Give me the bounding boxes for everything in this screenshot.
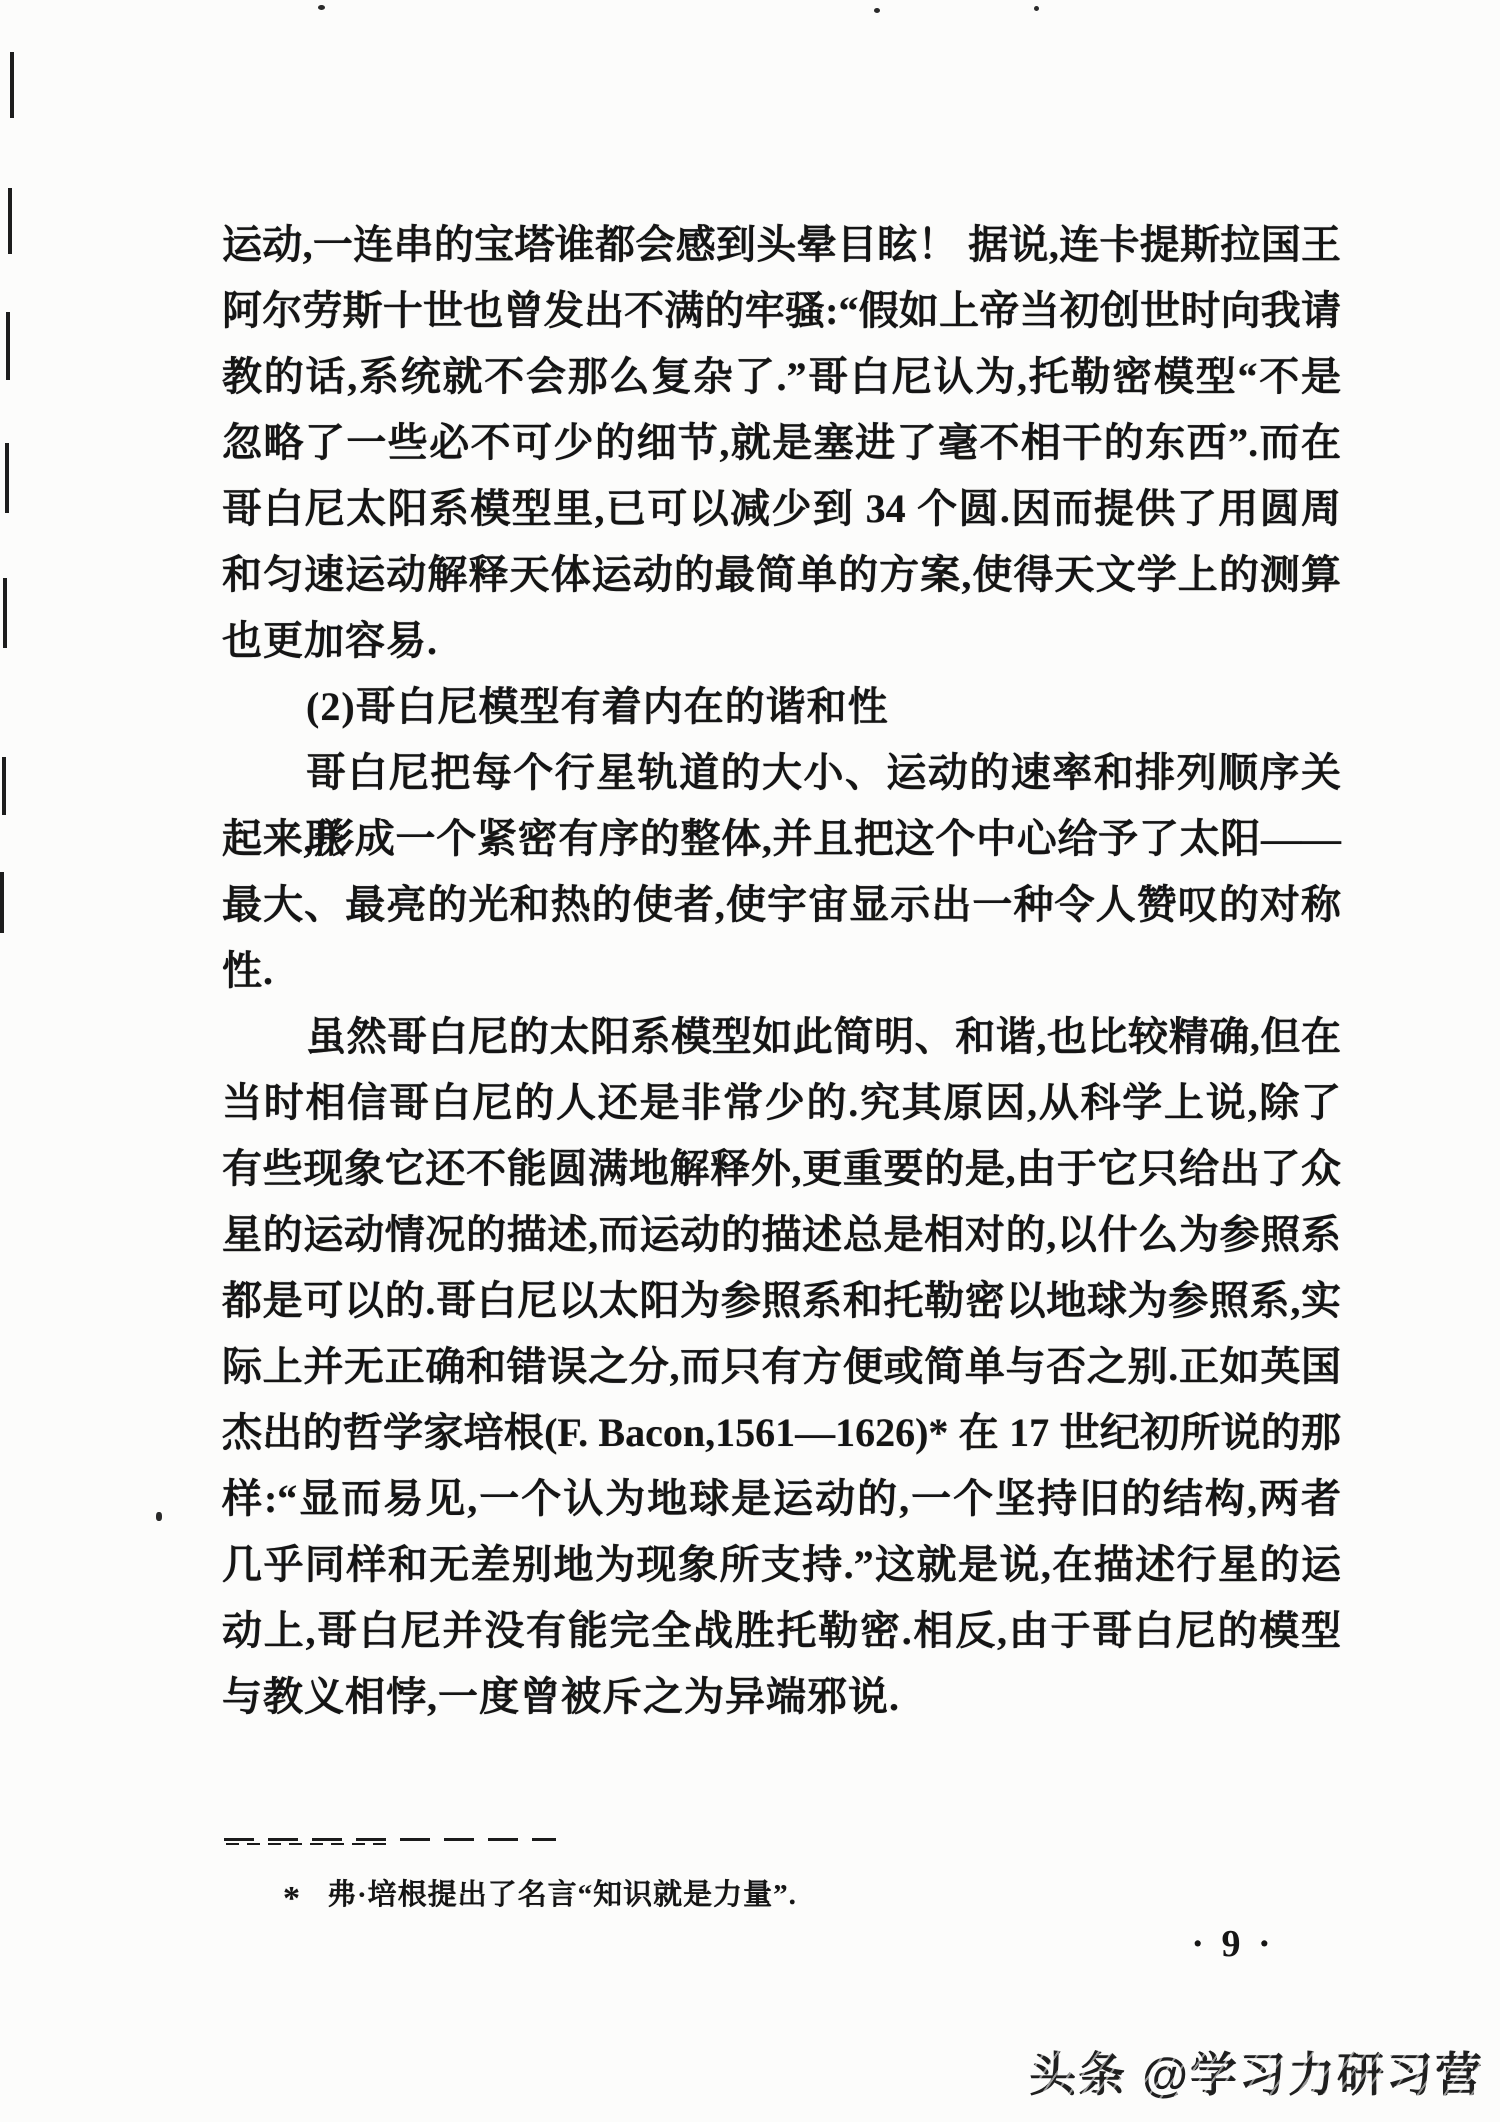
text-line: 和匀速运动解释天体运动的最简单的方案,使得天文学上的测算 [222, 542, 1341, 608]
text-line: 阿尔劳斯十世也曾发出不满的牢骚:“假如上帝当初创世时向我请 [222, 278, 1341, 344]
page-number: · 9 · [1158, 1922, 1308, 1966]
text-line: 动上,哥白尼并没有能完全战胜托勒密.相反,由于哥白尼的模型 [222, 1598, 1341, 1664]
footnote: *弗·培根提出了名言“知识就是力量”. [283, 1872, 797, 1913]
text-line: 忽略了一些必不可少的细节,就是塞进了毫不相干的东西”.而在 [222, 410, 1341, 476]
footnote-divider [224, 1838, 556, 1841]
text-line: 也更加容易. [222, 608, 1341, 674]
body-text: 运动,一连串的宝塔谁都会感到头晕目眩！ 据说,连卡提斯拉国王阿尔劳斯十世也曾发出… [222, 212, 1341, 1730]
footnote-text: 弗·培根提出了名言“知识就是力量”. [327, 1879, 797, 1911]
text-line: 最大、最亮的光和热的使者,使宇宙显示出一种令人赞叹的对称 [222, 872, 1341, 938]
scan-tick-mark [8, 188, 12, 254]
scan-tick-mark [6, 312, 10, 380]
watermark: 头条 @学习力研习营 [1029, 2038, 1484, 2105]
text-line: 教的话,系统就不会那么复杂了.”哥白尼认为,托勒密模型“不是 [222, 344, 1341, 410]
text-line: 哥白尼把每个行星轨道的大小、运动的速率和排列顺序关联 [222, 740, 1341, 806]
text-line: 哥白尼太阳系模型里,已可以减少到 34 个圆.因而提供了用圆周 [222, 476, 1341, 542]
scan-speck [318, 5, 325, 10]
text-line: 际上并无正确和错误之分,而只有方便或简单与否之别.正如英国 [222, 1334, 1341, 1400]
text-line: 杰出的哲学家培根(F. Bacon,1561—1626)* 在 17 世纪初所说… [222, 1400, 1341, 1466]
scan-tick-mark [0, 872, 4, 933]
scan-speck [1034, 6, 1039, 11]
scan-tick-mark [3, 578, 7, 648]
text-line: 虽然哥白尼的太阳系模型如此简明、和谐,也比较精确,但在 [222, 1004, 1341, 1070]
text-line: 样:“显而易见,一个认为地球是运动的,一个坚持旧的结构,两者 [222, 1466, 1341, 1532]
text-line: 都是可以的.哥白尼以太阳为参照系和托勒密以地球为参照系,实 [222, 1268, 1341, 1334]
text-line: 有些现象它还不能圆满地解释外,更重要的是,由于它只给出了众 [222, 1136, 1341, 1202]
text-line: 起来,形成一个紧密有序的整体,并且把这个中心给予了太阳—— [222, 806, 1341, 872]
scan-speck [874, 8, 880, 13]
text-line: 几乎同样和无差别地为现象所支持.”这就是说,在描述行星的运 [222, 1532, 1341, 1598]
scan-tick-mark [2, 757, 6, 815]
text-line: 与教义相悖,一度曾被斥之为异端邪说. [222, 1664, 1341, 1730]
scan-speck [156, 1512, 162, 1521]
scan-tick-mark [5, 443, 9, 513]
text-line: 运动,一连串的宝塔谁都会感到头晕目眩！ 据说,连卡提斯拉国王 [222, 212, 1341, 278]
scan-tick-mark [10, 52, 14, 118]
footnote-marker: * [283, 1880, 301, 1917]
text-line: 当时相信哥白尼的人还是非常少的.究其原因,从科学上说,除了 [222, 1070, 1341, 1136]
text-line: (2)哥白尼模型有着内在的谐和性 [222, 674, 1341, 740]
text-line: 星的运动情况的描述,而运动的描述总是相对的,以什么为参照系 [222, 1202, 1341, 1268]
text-line: 性. [222, 938, 1341, 1004]
book-page: 运动,一连串的宝塔谁都会感到头晕目眩！ 据说,连卡提斯拉国王阿尔劳斯十世也曾发出… [0, 0, 1500, 2122]
